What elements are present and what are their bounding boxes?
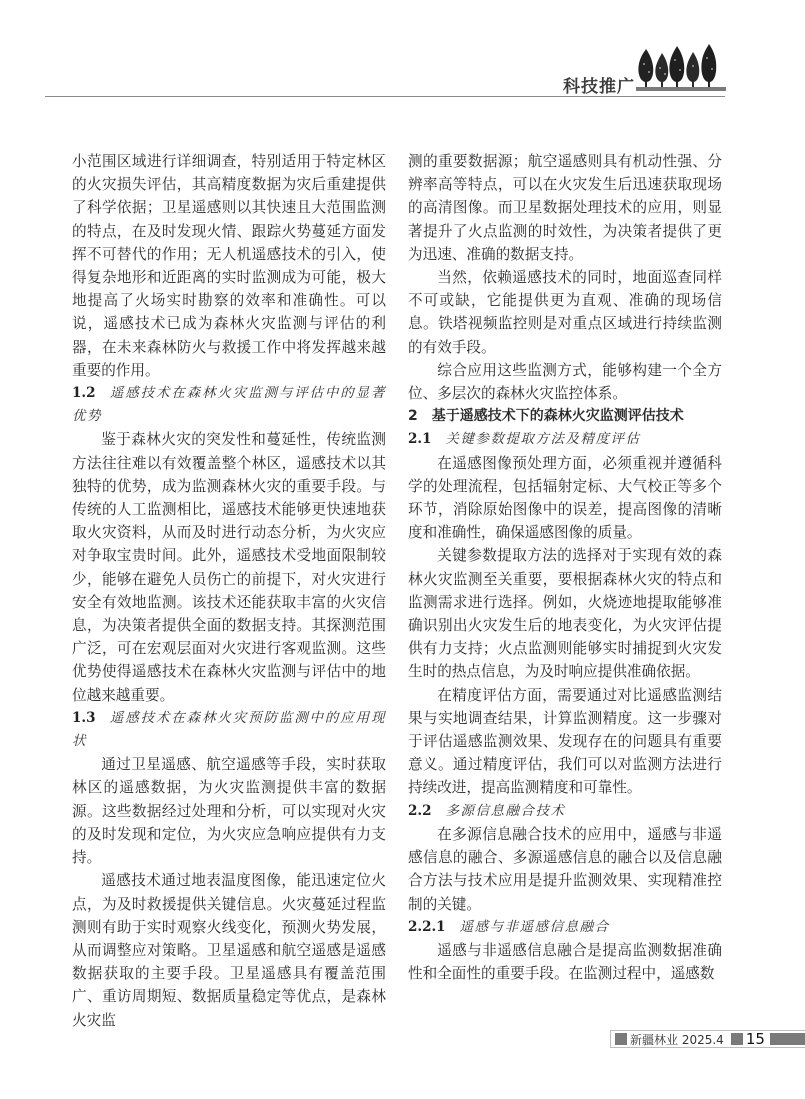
heading-number: 2.2.1 [408,919,446,935]
paragraph: 在多源信息融合技术的应用中，遥感与非遥感信息的融合、多源遥感信息的融合以及信息融… [408,823,722,916]
left-column: 小范围区域进行详细调查，特别适用于特定林区的火灾损失评估，其高精度数据为灾后重建… [72,150,386,1032]
subsection-heading: 2.1关键参数提取方法及精度评估 [408,428,722,451]
paragraph: 小范围区域进行详细调查，特别适用于特定林区的火灾损失评估，其高精度数据为灾后重建… [72,150,386,382]
paragraph: 在精度评估方面，需要通过对比遥感监测结果与实地调查结果，计算监测精度。这一步骤对… [408,684,722,800]
header-divider [45,96,725,97]
footer-square-icon [731,1033,743,1045]
footer-square-icon [615,1033,627,1045]
heading-number: 1.2 [72,385,96,401]
subsection-heading: 1.3遥感技术在森林火灾预防监测中的应用现状 [72,707,386,753]
subsection-heading: 2.2.1遥感与非遥感信息融合 [408,916,722,939]
paragraph: 当然，依赖遥感技术的同时，地面巡查同样不可或缺，它能提供更为直观、准确的现场信息… [408,266,722,359]
heading-number: 2 [408,408,418,424]
paragraph: 在遥感图像预处理方面，必须重视并遵循科学的处理流程，包括辐射定标、大气校正等多个… [408,452,722,545]
heading-text: 基于遥感技术下的森林火灾监测评估技术 [432,408,684,424]
paragraph: 遥感与非遥感信息融合是提高监测数据准确性和全面性的重要手段。在监测过程中，遥感数 [408,939,722,985]
paragraph: 遥感技术通过地表温度图像，能迅速定位火点，为及时救援提供关键信息。火灾蔓延过程监… [72,869,386,1031]
section-heading: 2基于遥感技术下的森林火灾监测评估技术 [408,405,722,428]
page-header: 科技推广 [0,0,805,100]
subsection-heading: 1.2遥感技术在森林火灾监测与评估中的显著优势 [72,382,386,428]
paragraph: 鉴于森林火灾的突发性和蔓延性，传统监测方法往往难以有效覆盖整个林区，遥感技术以其… [72,428,386,706]
paragraph: 关键参数提取方法的选择对于实现有效的森林火灾监测至关重要，要根据森林火灾的特点和… [408,544,722,683]
right-column: 测的重要数据源；航空遥感则具有机动性强、分辨率高等特点，可以在火灾发生后迅速获取… [408,150,722,985]
section-title: 科技推广 [563,72,635,97]
page-number: 15 [746,1030,765,1048]
journal-issue: 新疆林业 2025.4 [630,1031,724,1048]
page-footer: 新疆林业 2025.4 15 [610,1030,805,1048]
footer-bar [770,1033,805,1045]
heading-number: 2.1 [408,431,432,447]
heading-text: 遥感技术在森林火灾监测与评估中的显著优势 [72,385,386,424]
heading-text: 多源信息融合技术 [446,803,566,819]
heading-text: 遥感与非遥感信息融合 [460,919,610,935]
heading-text: 关键参数提取方法及精度评估 [446,431,641,447]
paragraph: 通过卫星遥感、航空遥感等手段，实时获取林区的遥感数据，为火灾监测提供丰富的数据源… [72,753,386,869]
heading-number: 1.3 [72,710,96,726]
heading-number: 2.2 [408,803,432,819]
paragraph: 综合应用这些监测方式，能够构建一个全方位、多层次的森林火灾监控体系。 [408,359,722,405]
subsection-heading: 2.2多源信息融合技术 [408,800,722,823]
trees-icon [636,44,726,94]
paragraph: 测的重要数据源；航空遥感则具有机动性强、分辨率高等特点，可以在火灾发生后迅速获取… [408,150,722,266]
heading-text: 遥感技术在森林火灾预防监测中的应用现状 [72,710,386,749]
